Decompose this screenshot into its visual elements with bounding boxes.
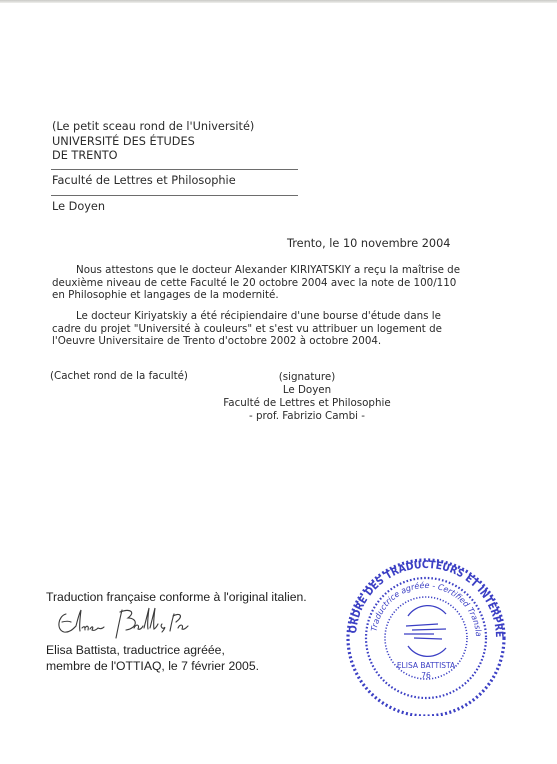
body-paragraph-1: Nous attestons que le docteur Alexander … [52,264,472,302]
signature-note: (signature) [212,371,402,384]
signer-faculty: Faculté de Lettres et Philosophie [212,397,402,410]
translator-seal: ORDRE DES TRADUCTEURS ET INTERPRÈTES AGR… [342,556,512,720]
signature-scribble-icon [52,604,202,640]
paragraph-text: Nous attestons que le docteur Alexander … [52,264,472,302]
university-name-line2: DE TRENTO [52,149,312,164]
translator-membership: membre de l'OTTIAQ, le 7 février 2005. [46,659,259,675]
seal-name: ELISA BATTISTA [397,661,456,670]
header-divider [51,195,298,196]
seal-note: (Le petit sceau rond de l'Université) [52,120,312,135]
translator-credentials: Elisa Battista, traductrice agréée, memb… [46,643,259,674]
university-name-line1: UNIVERSITÉ DES ÉTUDES [52,135,312,150]
signer-title: Le Doyen [212,384,402,397]
faculty-name: Faculté de Lettres et Philosophie [52,174,236,187]
dean-title: Le Doyen [52,200,105,213]
scan-top-edge [0,0,557,3]
signer-name: - prof. Fabrizio Cambi - [212,410,402,423]
header-divider [51,169,298,170]
seal-icon: ORDRE DES TRADUCTEURS ET INTERPRÈTES AGR… [342,556,512,716]
translation-statement: Traduction française conforme à l'origin… [46,590,307,604]
translator-name: Elisa Battista, traductrice agréée, [46,643,259,659]
handwritten-signature [52,604,202,644]
body-paragraph-2: Le docteur Kiriyatskiy a été récipiendai… [52,310,472,348]
letterhead: (Le petit sceau rond de l'Université) UN… [52,120,312,164]
date-line: Trento, le 10 novembre 2004 [287,237,450,250]
seal-number: 76 [421,671,431,680]
paragraph-text: Le docteur Kiriyatskiy a été récipiendai… [52,310,472,348]
faculty-stamp-note: (Cachet rond de la faculté) [50,370,188,382]
signature-block: (signature) Le Doyen Faculté de Lettres … [212,371,402,423]
